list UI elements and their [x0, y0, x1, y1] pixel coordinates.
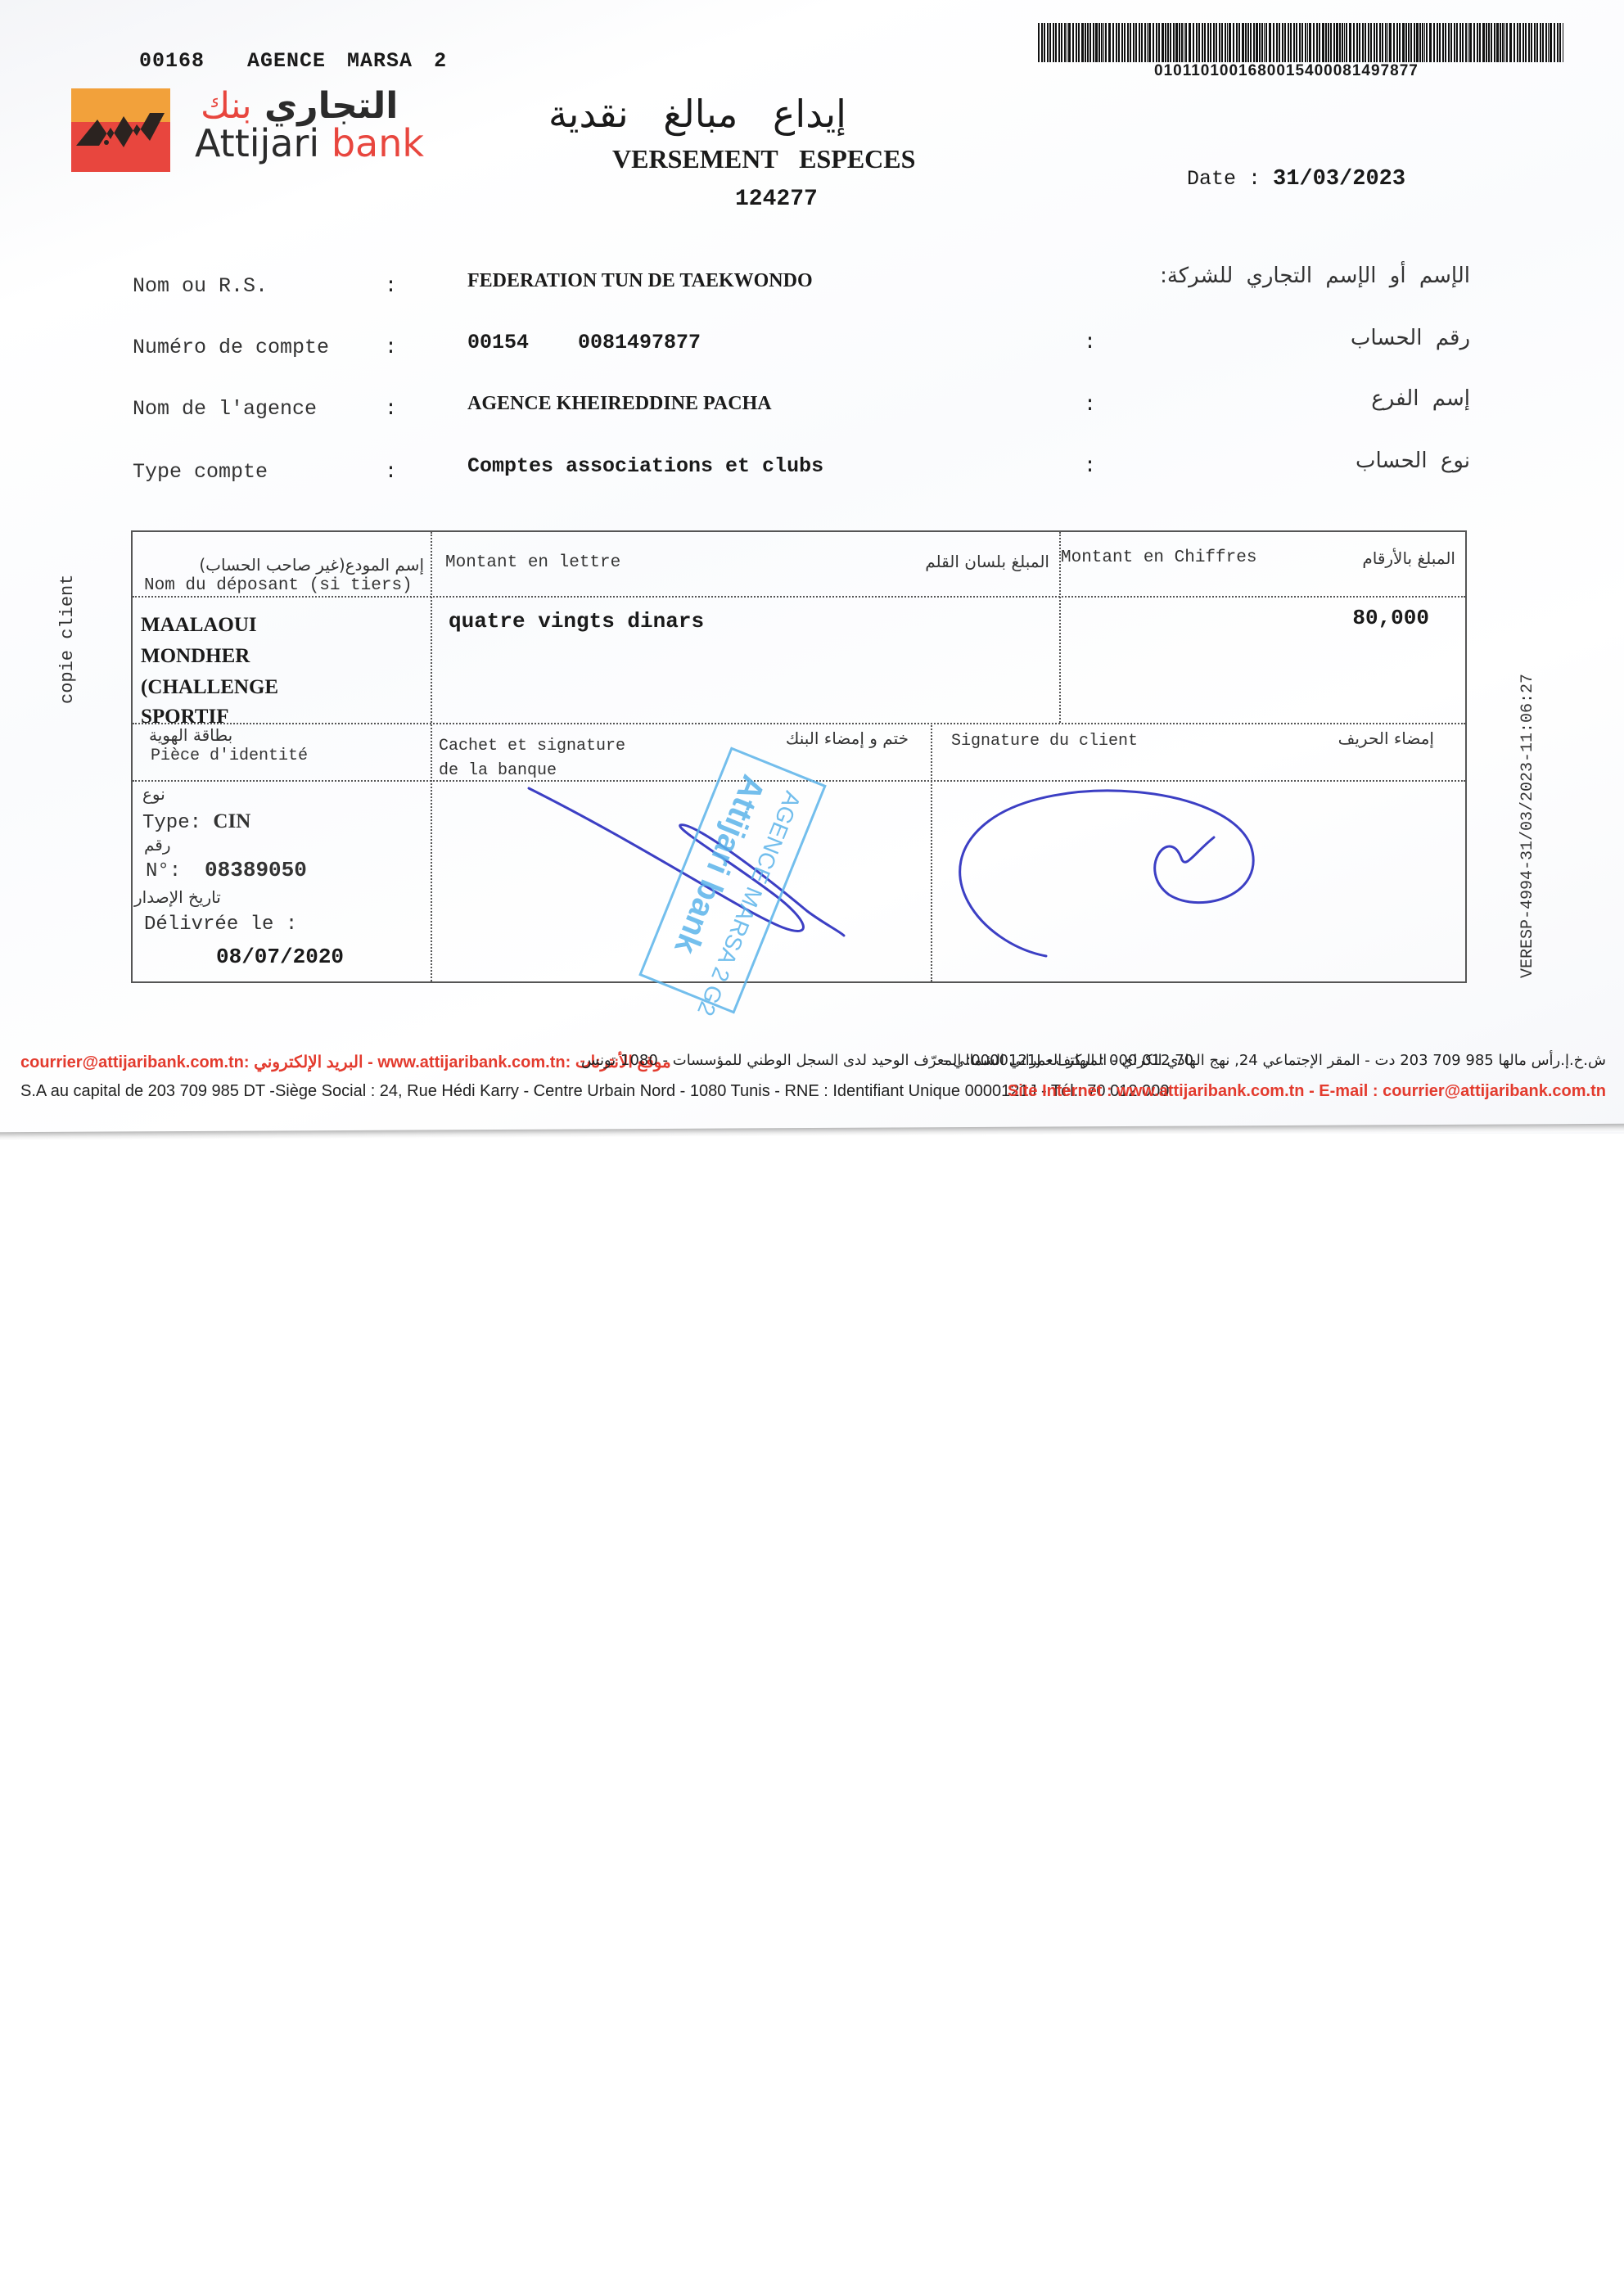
- id-number-value: 08389050: [205, 858, 307, 882]
- field-colon: :: [385, 274, 397, 298]
- bank-signature-header-2: de la banque: [439, 761, 557, 780]
- id-issue-label: Délivrée le :: [144, 913, 297, 936]
- id-type-value: CIN: [213, 810, 250, 832]
- bank-signature-header-ar: ختم و إمضاء البنك: [786, 728, 909, 748]
- depositor-line-1: MAALAOUI: [141, 614, 257, 637]
- title-arabic: إيداع مبالغ نقدية: [548, 92, 846, 136]
- field-label-account-ar: رقم الحساب: [1351, 326, 1470, 350]
- amount-figures-value: 80,000: [1352, 606, 1429, 630]
- date-label: Date :: [1187, 167, 1261, 191]
- amount-words-header: Montant en lettre: [445, 553, 620, 572]
- client-signature-ink: [932, 780, 1465, 981]
- agency-name: AGENCE MARSA 2: [247, 49, 447, 73]
- id-header-ar: بطاقة الهوية: [149, 725, 232, 745]
- amount-words-header-ar: المبلغ بلسان القلم: [925, 552, 1049, 571]
- field-colon: :: [385, 336, 397, 359]
- id-type-label-ar: نوع: [142, 784, 165, 804]
- field-colon-ar: :: [1084, 393, 1096, 417]
- field-label-account: Numéro de compte: [133, 336, 329, 359]
- field-value-agency: AGENCE KHEIREDDINE PACHA: [467, 393, 772, 415]
- field-colon-ar: :: [1084, 331, 1096, 354]
- transaction-id: VERESP-4994-31/03/2023-11:06:27: [1518, 674, 1537, 978]
- amount-figures-header-ar: المبلغ بالأرقام: [1362, 548, 1455, 568]
- copy-label: copie client: [57, 575, 78, 704]
- field-value-account: 00154 0081497877: [467, 331, 701, 354]
- attijari-logo-icon: [71, 88, 170, 172]
- field-colon-ar: :: [1084, 454, 1096, 478]
- id-header: Pièce d'identité: [151, 747, 308, 765]
- id-number: N°: 08389050: [146, 858, 307, 882]
- client-signature-header-ar: إمضاء الحريف: [1338, 728, 1434, 748]
- id-type: Type: CIN: [142, 810, 250, 834]
- date-line: Date : 31/03/2023: [1187, 167, 1405, 192]
- depositor-header: Nom du déposant (si tiers): [144, 576, 413, 595]
- id-issue-value: 08/07/2020: [216, 945, 344, 969]
- field-label-agency-ar: إسم الفرع: [1371, 386, 1470, 411]
- field-value-name: FEDERATION TUN DE TAEKWONDO: [467, 270, 813, 292]
- field-label-agency: Nom de l'agence: [133, 397, 317, 421]
- depositor-header-ar: إسم المودع(غير صاحب الحساب): [199, 555, 424, 575]
- field-label-name-ar: الإسم أو الإسم التجاري للشركة:: [1160, 264, 1470, 288]
- field-colon: :: [385, 397, 397, 421]
- field-label-type: Type compte: [133, 460, 268, 484]
- amount-figures-header: Montant en Chiffres: [1061, 548, 1256, 567]
- agency-line: 00168 AGENCE MARSA 2: [139, 49, 447, 73]
- field-value-type: Comptes associations et clubs: [467, 454, 823, 478]
- barcode-number: 0101101001680015400081497877: [1154, 62, 1419, 80]
- document-title: VERSEMENT ESPECES: [612, 144, 915, 174]
- depositor-line-2: MONDHER: [141, 645, 250, 668]
- bank-signature-header-1: Cachet et signature: [439, 737, 625, 756]
- deposit-table: إسم المودع(غير صاحب الحساب) Nom du dépos…: [131, 530, 1467, 983]
- field-colon: :: [385, 460, 397, 484]
- footer-legal-line: S.A au capital de 203 709 985 DT -Siège …: [20, 1082, 1169, 1101]
- field-label-type-ar: نوع الحساب: [1356, 449, 1470, 473]
- footer-contact-line: courrier@attijaribank.com.tn: البريد الإ…: [20, 1052, 671, 1072]
- agency-code: 00168: [139, 49, 205, 73]
- amount-words-value: quatre vingts dinars: [449, 609, 704, 634]
- client-signature-header: Signature du client: [951, 732, 1138, 751]
- field-label-name: Nom ou R.S.: [133, 274, 268, 298]
- footer-website-line: Site Internet : www.attijaribank.com.tn …: [1008, 1082, 1606, 1101]
- logo-english-text: Attijari bank: [195, 121, 424, 165]
- reference-number: 124277: [735, 187, 818, 212]
- deposit-slip: 00168 AGENCE MARSA 2 التجاري بنك Attijar…: [0, 0, 1624, 1134]
- depositor-line-3: (CHALLENGE: [141, 676, 278, 699]
- date-value: 31/03/2023: [1273, 167, 1405, 192]
- id-number-label-ar: رقم: [144, 835, 171, 855]
- barcode-icon: [1038, 23, 1563, 62]
- footer-arabic-right: ش.خ.إ.رأس مالها 985 709 203 دت - المقر ا…: [943, 1052, 1606, 1069]
- id-issue-label-ar: تاريخ الإصدار: [134, 887, 221, 907]
